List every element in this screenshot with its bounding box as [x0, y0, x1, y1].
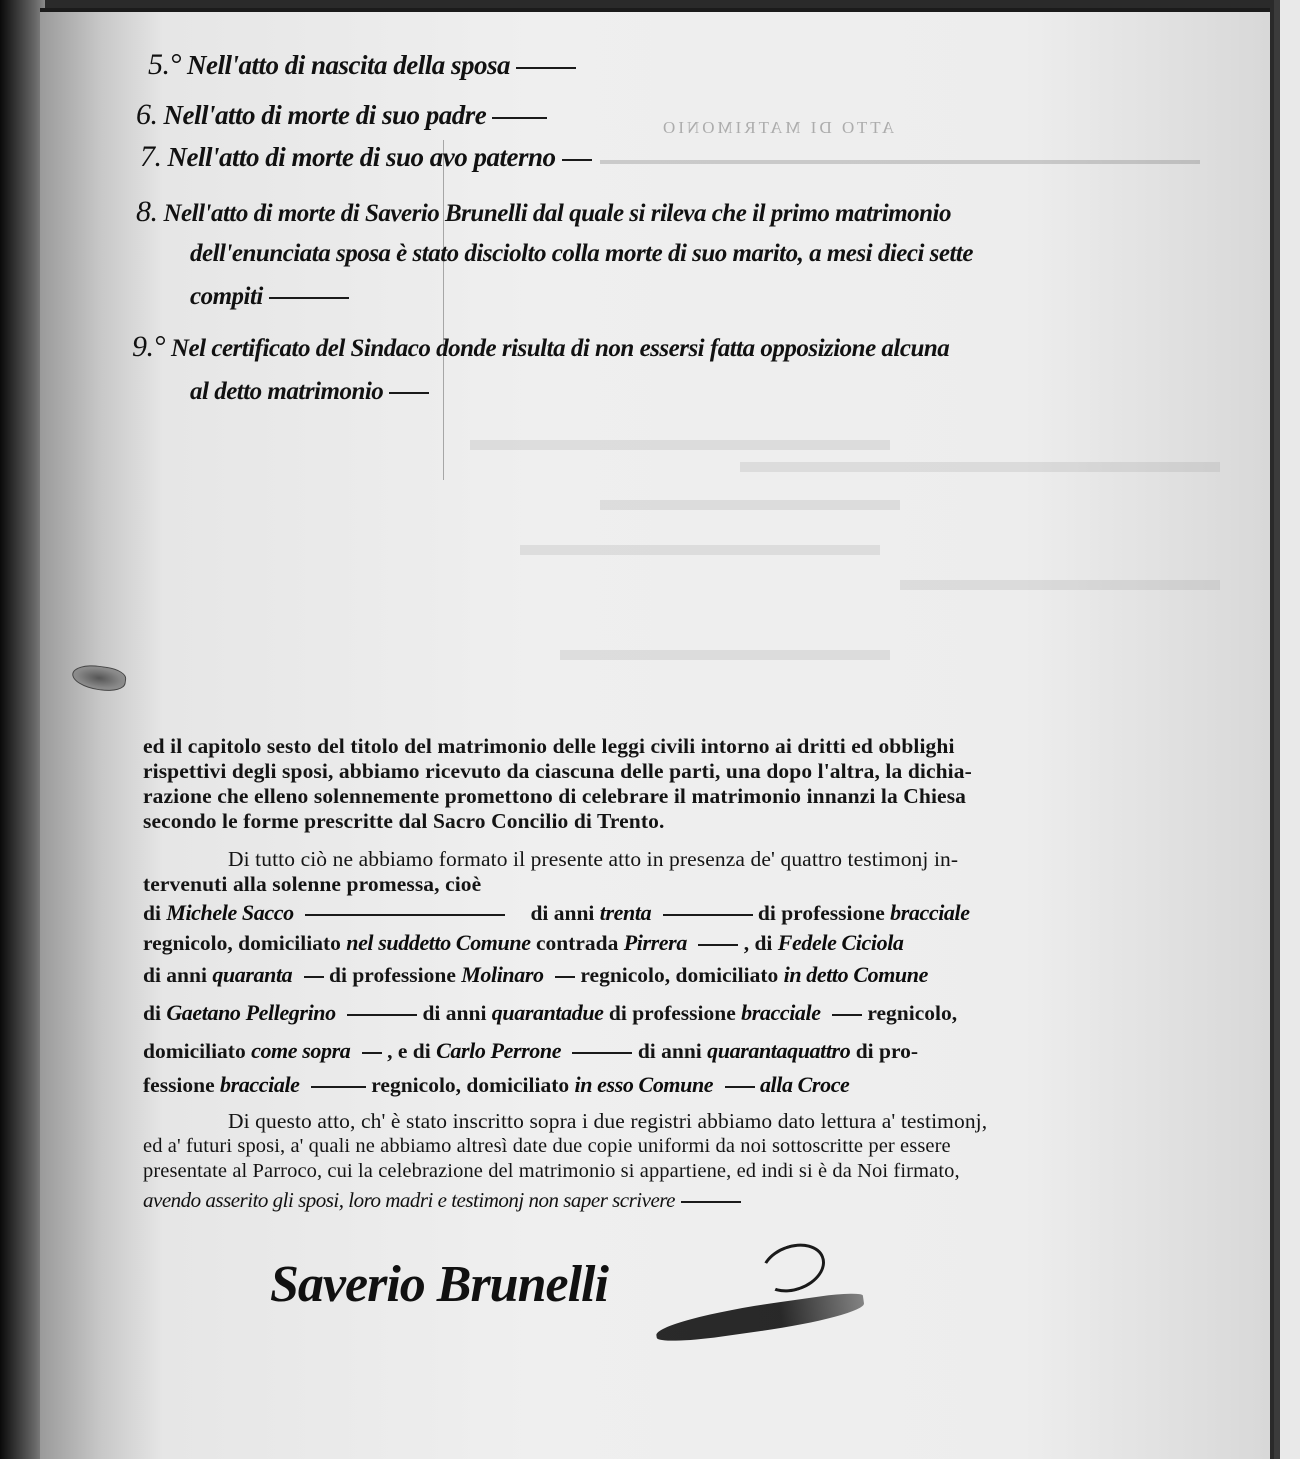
witness-row-6: fessione bracciale regnicolo, domiciliat…	[143, 1072, 849, 1098]
witness-2-name: Fedele Ciciola	[778, 930, 904, 955]
witness-2-profession: Molinaro	[461, 962, 543, 987]
printed-line: rispettivi degli sposi, abbiamo ricevuto…	[143, 760, 1228, 782]
bleed-through-rule	[600, 160, 1200, 164]
bleed-through-line	[560, 650, 890, 660]
margin-rule	[443, 140, 444, 480]
printed-line: razione che elleno solennemente prometto…	[143, 785, 1228, 807]
witness-1-domicile: nel suddetto Comune	[346, 930, 530, 955]
witness-1-name: Michele Sacco	[166, 900, 293, 925]
bleed-through-line	[470, 440, 890, 450]
witness-4-name: Carlo Perrone	[436, 1038, 561, 1063]
printed-line: tervenuti alla solenne promessa, cioè	[143, 873, 1228, 895]
witness-1-contrada: Pirrera	[624, 930, 687, 955]
printed-line: secondo le forme prescritte dal Sacro Co…	[143, 810, 1228, 832]
printed-line: ed il capitolo sesto del titolo del matr…	[143, 735, 1228, 757]
witness-3-name: Gaetano Pellegrino	[166, 1000, 335, 1025]
witness-4-profession: bracciale	[220, 1072, 299, 1097]
printed-line: ed a' futuri sposi, a' quali ne abbiamo …	[143, 1135, 1228, 1157]
witness-4-contrada: alla Croce	[760, 1072, 850, 1097]
printed-line: Di tutto ciò ne abbiamo formato il prese…	[228, 848, 1300, 870]
witness-3-domicile: come sopra	[251, 1038, 350, 1063]
witness-1-profession: bracciale	[890, 900, 969, 925]
book-binding	[0, 0, 45, 1459]
bleed-through-title: ATTO DI MATRIMONIO	[660, 118, 894, 138]
witness-row-5: domiciliato come sopra , e di Carlo Perr…	[143, 1038, 918, 1064]
witness-row-4: di Gaetano Pellegrino di anni quarantadu…	[143, 1000, 957, 1026]
witness-row-1: di Michele Sacco di anni trenta di profe…	[143, 900, 970, 926]
witness-2-domicile: in detto Comune	[784, 962, 928, 987]
printed-line: Di questo atto, ch' è stato inscritto so…	[228, 1110, 1300, 1132]
bleed-through-line	[520, 545, 880, 555]
witness-4-age: quarantaquattro	[707, 1038, 850, 1063]
handwritten-item-6: 6.Nell'atto di morte di suo padre	[136, 98, 547, 132]
witness-3-profession: bracciale	[741, 1000, 820, 1025]
bleed-through-line	[740, 462, 1220, 472]
printed-line: presentate al Parroco, cui la celebrazio…	[143, 1160, 1228, 1182]
handwritten-item-5: 5.°Nell'atto di nascita della sposa	[148, 48, 576, 82]
witness-1-age: trenta	[600, 900, 651, 925]
witness-3-age: quarantadue	[492, 1000, 604, 1025]
signature: Saverio Brunelli	[270, 1255, 608, 1314]
handwritten-closing: avendo asserito gli sposi, loro madri e …	[143, 1188, 741, 1213]
bleed-through-line	[600, 500, 900, 510]
witness-4-domicile: in esso Comune	[575, 1072, 714, 1097]
handwritten-item-8: 8.Nell'atto di morte di Saverio Brunelli…	[136, 195, 951, 229]
handwritten-item-7: 7.Nell'atto di morte di suo avo paterno	[140, 140, 592, 174]
bleed-through-line	[900, 580, 1220, 590]
witness-row-2: regnicolo, domiciliato nel suddetto Comu…	[143, 930, 904, 956]
next-page-strip	[1280, 0, 1300, 1459]
handwritten-item-9: 9.°Nel certificato del Sindaco donde ris…	[132, 330, 949, 364]
handwritten-item-8-cont-2: compiti	[190, 283, 349, 311]
handwritten-item-8-cont-1: dell'enunciata sposa è stato disciolto c…	[190, 240, 973, 268]
witness-row-3: di anni quaranta di professione Molinaro…	[143, 962, 928, 988]
witness-2-age: quaranta	[212, 962, 292, 987]
handwritten-item-9-cont: al detto matrimonio	[190, 378, 429, 406]
